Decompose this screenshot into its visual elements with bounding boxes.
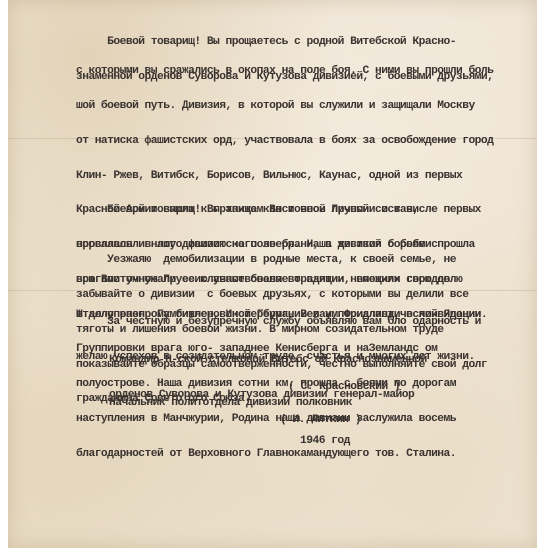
text-line: Боевой товарищ! Вы также как и весь личн… (76, 205, 487, 217)
text-line: шой боевой путь. Дивизия, в которой вы с… (76, 101, 493, 113)
text-line: За честную и безупречную службу объявляю… (76, 317, 481, 329)
document-date: 1946 год (300, 413, 350, 459)
text-line: Клин- Ржев, Витибск, Борисов, Вильнюс, К… (76, 171, 493, 183)
text-line: благодарностей от Верховного Главнокаман… (76, 449, 493, 461)
text-line: с которыми вы сражались в окопах на поле… (76, 66, 493, 78)
text-line: от натиска фашистских орд, участвовала в… (76, 136, 493, 148)
text-line: Уезжаяю демобилизации в родные места, к … (76, 255, 487, 267)
